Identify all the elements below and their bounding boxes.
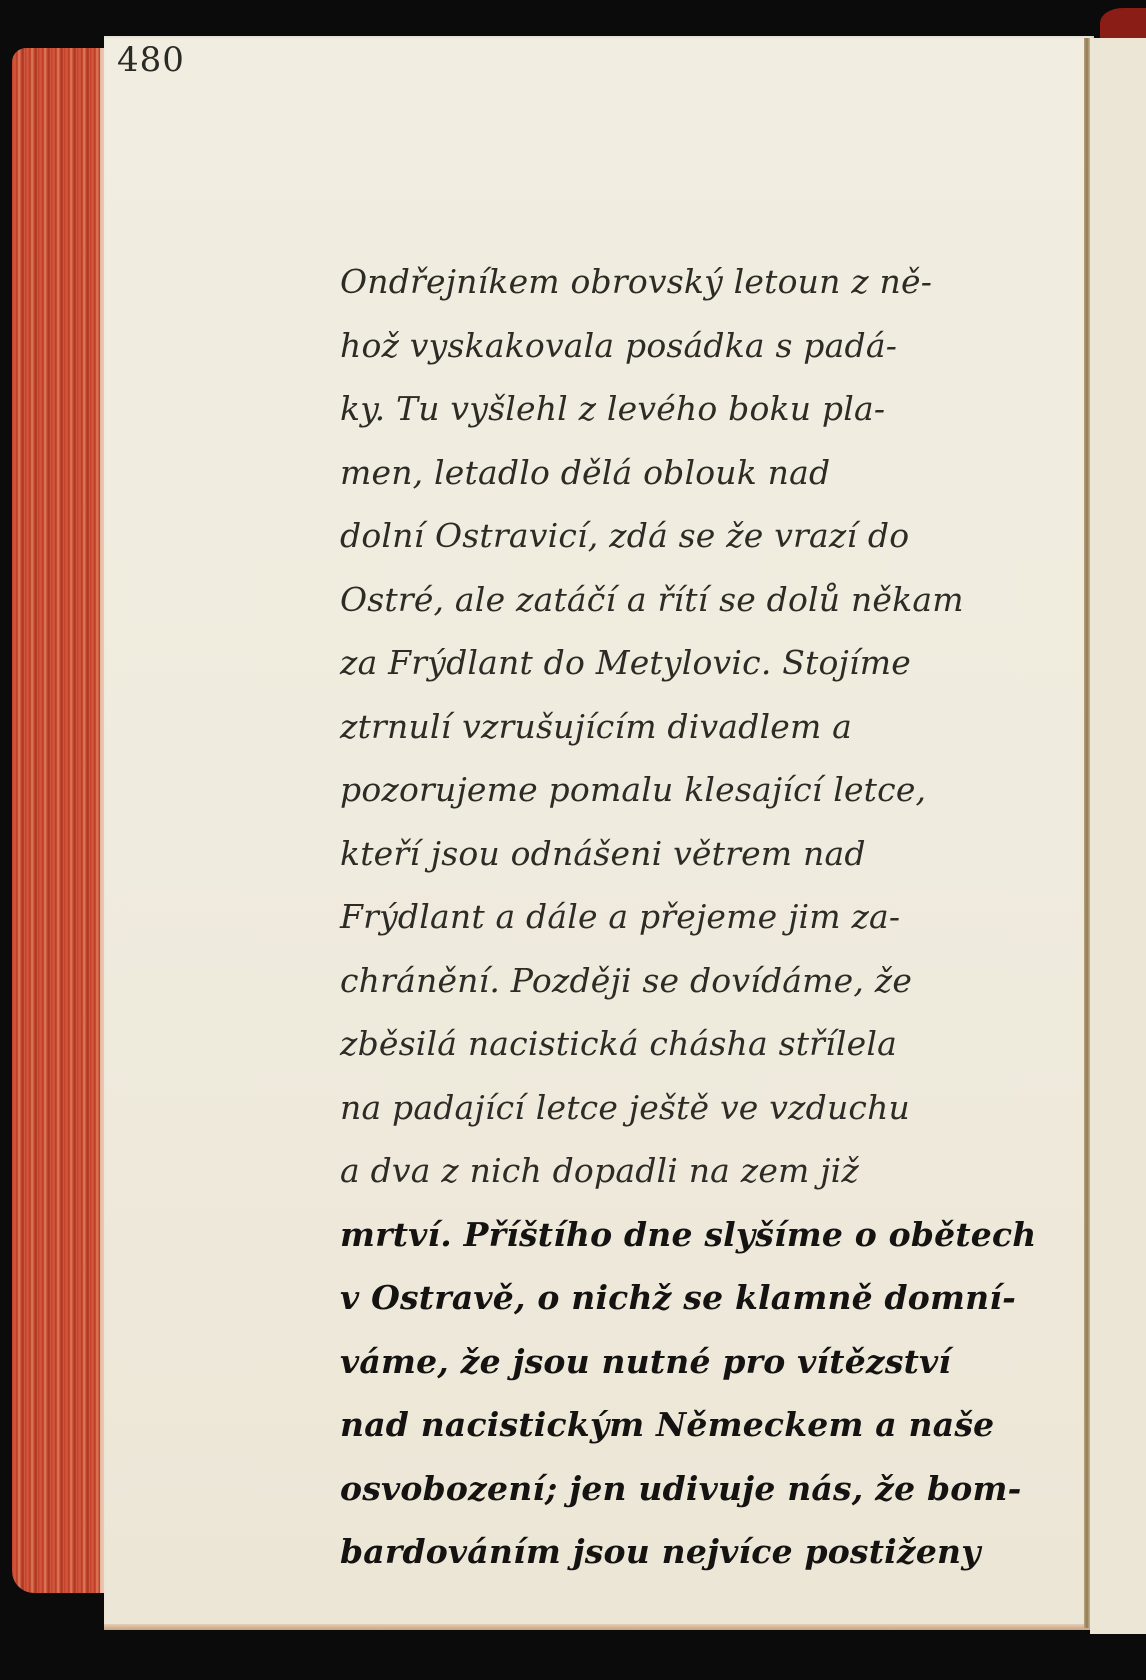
text-line: kteří jsou odnášeni větrem nad [340,822,1020,886]
text-line: a dva z nich dopadli na zem již [340,1139,1020,1203]
page-bottom-edge [104,1624,1094,1630]
text-line: hož vyskakovala posádka s padá- [340,314,1020,378]
text-line: ztrnulí vzrušujícím divadlem a [340,695,1020,759]
text-line: chránění. Později se dovídáme, že [340,949,1020,1013]
text-line: mrtví. Příštího dne slyšíme o obětech [340,1203,1020,1267]
text-line: Ondřejníkem obrovský letoun z ně- [340,250,1020,314]
text-line: váme, že jsou nutné pro vítězství [340,1330,1020,1394]
text-line: ky. Tu vyšlehl z levého boku pla- [340,377,1020,441]
text-line: dolní Ostravicí, zdá se že vrazí do [340,504,1020,568]
text-line: osvobození; jen udivuje nás, že bom- [340,1457,1020,1521]
text-line: v Ostravě, o nichž se klamně domní- [340,1266,1020,1330]
handwritten-text-block: Ondřejníkem obrovský letoun z ně- hož vy… [340,250,1020,1584]
book-cover-corner [1100,8,1146,38]
text-line: za Frýdlant do Metylovic. Stojíme [340,631,1020,695]
page-number: 480 [117,40,185,80]
text-line: zběsilá nacistická chásha střílela [340,1012,1020,1076]
text-line: pozorujeme pomalu klesající letce, [340,758,1020,822]
text-line: Ostré, ale zatáčí a řítí se dolů někam [340,568,1020,632]
text-line: bardováním jsou nejvíce postiženy [340,1520,1020,1584]
facing-page [1090,38,1146,1634]
page-edges [12,48,108,1593]
text-line: men, letadlo dělá oblouk nad [340,441,1020,505]
text-line: na padající letce ještě ve vzduchu [340,1076,1020,1140]
text-line: nad nacistickým Německem a naše [340,1393,1020,1457]
text-line: Frýdlant a dále a přejeme jim za- [340,885,1020,949]
